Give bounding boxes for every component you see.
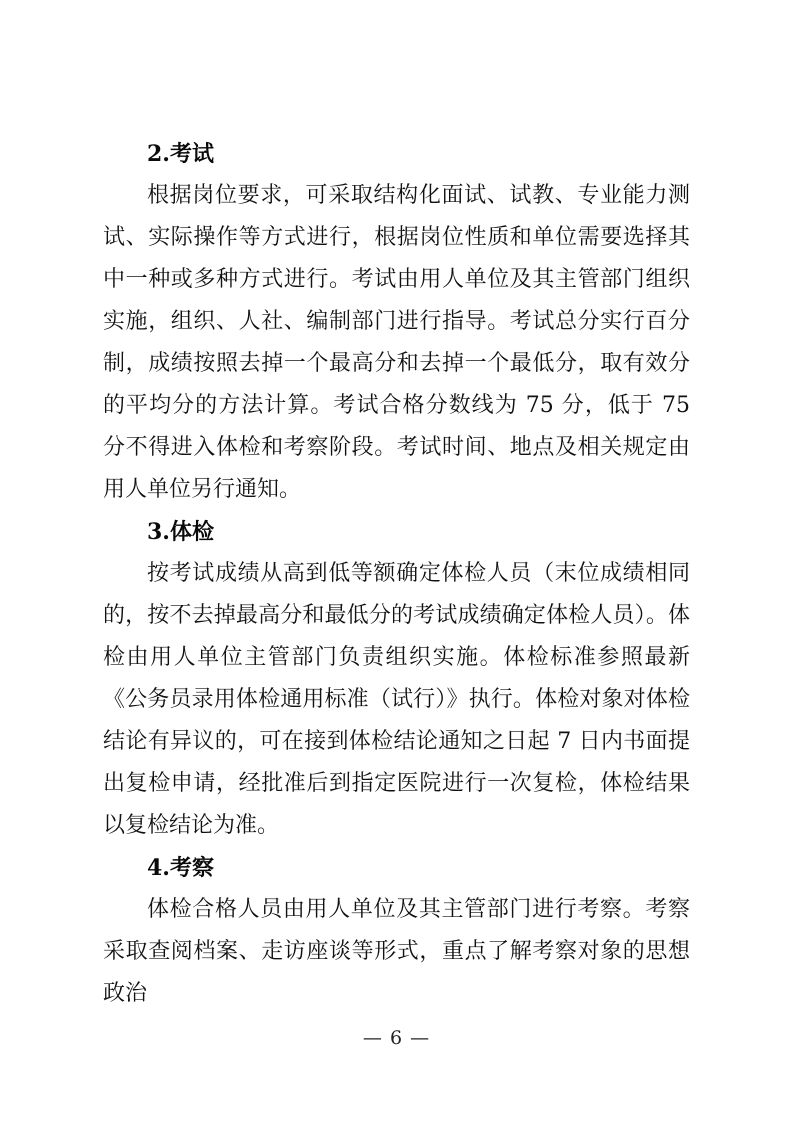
paragraph-inspection: 体检合格人员由用人单位及其主管部门进行考察。考察采取查阅档案、走访座谈等形式，重… (103, 889, 690, 1015)
page-number: — 6 — (0, 1026, 793, 1050)
paragraph-exam: 根据岗位要求，可采取结构化面试、试教、专业能力测试、实际操作等方式进行，根据岗位… (103, 175, 690, 511)
section-heading-physical-exam: 3.体检 (103, 511, 690, 553)
document-body: 2.考试 根据岗位要求，可采取结构化面试、试教、专业能力测试、实际操作等方式进行… (103, 133, 690, 1015)
paragraph-physical-exam: 按考试成绩从高到低等额确定体检人员（末位成绩相同的，按不去掉最高分和最低分的考试… (103, 553, 690, 847)
section-heading-exam: 2.考试 (103, 133, 690, 175)
document-page: 2.考试 根据岗位要求，可采取结构化面试、试教、专业能力测试、实际操作等方式进行… (0, 0, 793, 1122)
section-heading-inspection: 4.考察 (103, 847, 690, 889)
